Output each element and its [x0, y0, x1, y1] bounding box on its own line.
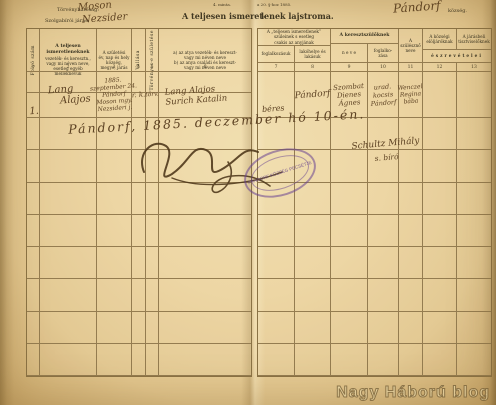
form-note-left: 4. minta.: [213, 3, 231, 8]
left-page-table: Folyó szám A teljesen ismeretleneknek ve…: [26, 28, 252, 377]
entry-legitimacy: törv.: [145, 91, 159, 99]
village-value-handwritten: Pándorf: [393, 0, 441, 16]
scanned-register-document: Törvényhatóság: Moson Szolgabírói járás:…: [0, 0, 496, 405]
entry-religion: r. k.: [131, 90, 145, 99]
title-left-half: A teljesen ismeret-: [182, 11, 266, 21]
right-page-table: A „teljesen ismeretlenek” szüleinek s es…: [257, 28, 492, 377]
colnum: 5: [146, 63, 159, 72]
left-table-header-row: Folyó szám A teljesen ismeretleneknek ve…: [27, 29, 251, 63]
entry-serial: 1.: [29, 106, 39, 118]
colnum: 12: [423, 63, 457, 72]
colnum: 4: [132, 63, 146, 72]
colnum: 13: [457, 63, 491, 72]
col-village-officials-header-l2: elöljáróknak: [426, 39, 452, 44]
col-godparents-occ-header-l2: zása: [378, 53, 387, 58]
watermark-blog-credit: Nagy Háború blog: [336, 384, 490, 402]
col-midwife-header-l3: neve: [405, 48, 415, 53]
village-label: község.: [448, 9, 467, 15]
col-residence-header: lakóhelye és lakásuk: [295, 46, 330, 62]
entry-midwife-l3: bába: [403, 97, 418, 105]
col-district-officials-header-l2: tisztviselőknek: [458, 39, 490, 44]
entry-name-l2: Alajos: [60, 93, 91, 106]
parents-group-title-l3: csakis az anyjának: [274, 40, 313, 45]
colnum: 1: [27, 63, 40, 72]
authority-value-handwritten: Moson: [78, 0, 113, 13]
remarks-span-header: észrevételei: [431, 53, 483, 58]
entry-birth-l5: Nezsideri j.: [97, 104, 132, 113]
godparents-group-title: A keresztszülőknek: [340, 33, 390, 39]
entry-residence: Pándorf: [294, 88, 330, 100]
entry-godp-occ-l3: Pándorf: [370, 98, 396, 108]
col-name-header-l1: A teljesen ismeretleneknek: [41, 44, 95, 55]
col-godparents-name-header: n e v e: [331, 44, 368, 62]
entry-row-left: 1. Lang Alajos 1885. szeptember 24. Pánd…: [27, 72, 251, 118]
title-right-half: lenek lajstroma.: [261, 11, 334, 21]
stamp-text: PÁNDORF KÖZSÉG PECSÉTJE: [247, 160, 312, 186]
right-table-numbering-row: 7 8 9 10 11 12 13: [258, 63, 491, 72]
col-occupation-header: foglalkozásuk: [258, 46, 295, 62]
district-value-handwritten: Nezsider: [82, 11, 128, 25]
form-note-right: a 20. §-hoz 1885.: [257, 3, 291, 8]
